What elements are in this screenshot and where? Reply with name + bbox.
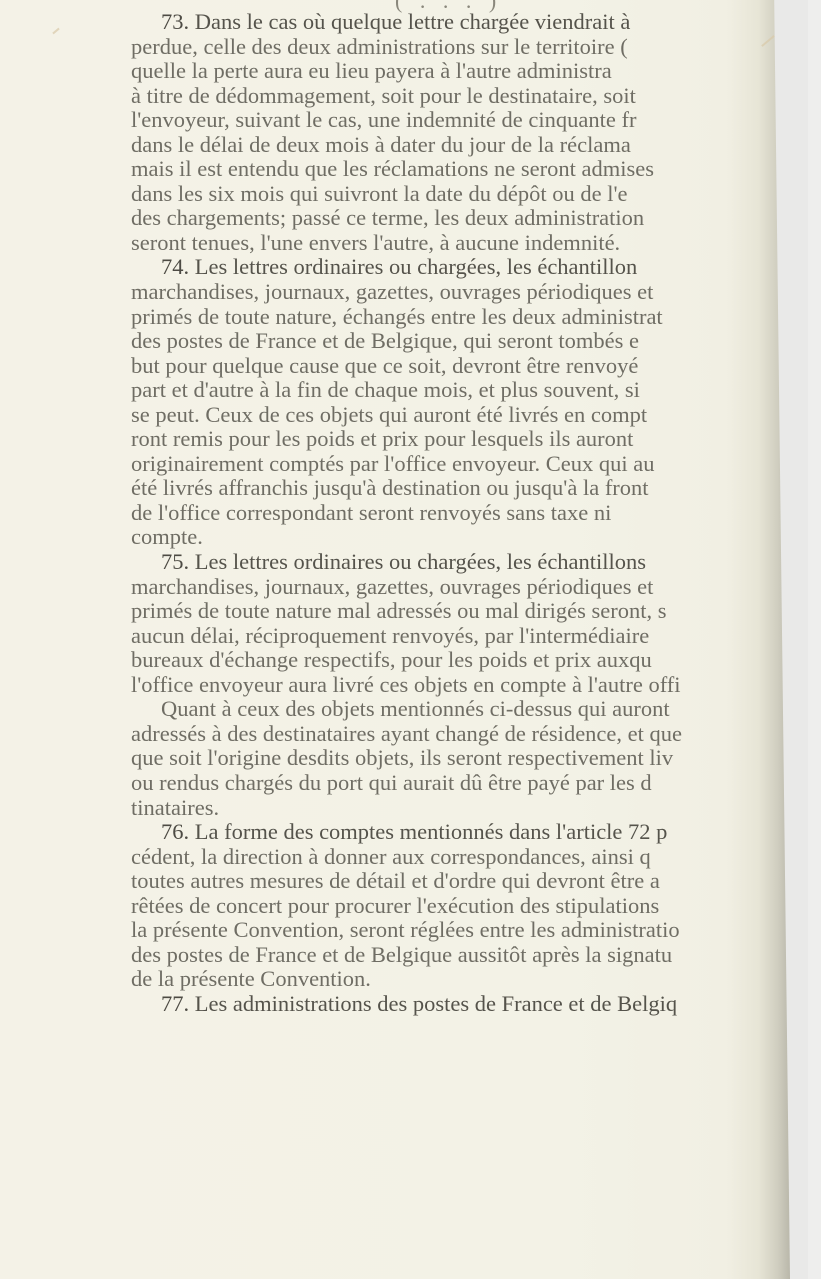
text-line: Quant à ceux des objets mentionnés ci-de…: [131, 697, 790, 722]
text-line: dans les six mois qui suivront la date d…: [131, 182, 790, 207]
text-line: l'office envoyeur aura livré ces objets …: [131, 673, 790, 698]
text-line: primés de toute nature, échangés entre l…: [131, 305, 790, 330]
text-line: dans le délai de deux mois à dater du jo…: [131, 133, 790, 158]
page-text: 73. Dans le cas où quelque lettre chargé…: [131, 10, 790, 1016]
text-line: des postes de France et de Belgique, qui…: [131, 329, 790, 354]
article-first-line: 77. Les administrations des postes de Fr…: [131, 992, 790, 1017]
article-number: 77.: [161, 991, 189, 1016]
text-line: ou rendus chargés du port qui aurait dû …: [131, 771, 790, 796]
text-line: originairement comptés par l'office envo…: [131, 452, 790, 477]
text-line: primés de toute nature mal adressés ou m…: [131, 599, 790, 624]
viewer-scroll-strip[interactable]: [808, 0, 821, 1279]
article-first-line: 75. Les lettres ordinaires ou chargées, …: [131, 550, 790, 575]
article-number: 74.: [161, 254, 189, 279]
document-viewer: ( . . . ) 73. Dans le cas où quelque let…: [0, 0, 821, 1279]
article-74: 74. Les lettres ordinaires ou chargées, …: [131, 255, 790, 550]
text-line: de l'office correspondant seront renvoyé…: [131, 501, 790, 526]
text-line: marchandises, journaux, gazettes, ouvrag…: [131, 575, 790, 600]
text-line: marchandises, journaux, gazettes, ouvrag…: [131, 280, 790, 305]
text-line: mais il est entendu que les réclamations…: [131, 157, 790, 182]
text-line: adressés à des destinataires ayant chang…: [131, 722, 790, 747]
text-line: tinataires.: [131, 796, 790, 821]
text-line: été livrés affranchis jusqu'à destinatio…: [131, 476, 790, 501]
text-line: que soit l'origine desdits objets, ils s…: [131, 746, 790, 771]
article-number: 75.: [161, 549, 189, 574]
text-line: de la présente Convention.: [131, 967, 790, 992]
article-first-line: 76. La forme des comptes mentionnés dans…: [131, 820, 790, 845]
text-line: perdue, celle des deux administrations s…: [131, 35, 790, 60]
article-77: 77. Les administrations des postes de Fr…: [131, 992, 790, 1017]
scanned-page: ( . . . ) 73. Dans le cas où quelque let…: [0, 0, 790, 1279]
text-line: seront tenues, l'une envers l'autre, à a…: [131, 231, 790, 256]
article-75: 75. Les lettres ordinaires ou chargées, …: [131, 550, 790, 820]
text-line: compte.: [131, 525, 790, 550]
article-number: 76.: [161, 819, 189, 844]
text-line: des chargements; passé ce terme, les deu…: [131, 206, 790, 231]
text-line: cédent, la direction à donner aux corres…: [131, 845, 790, 870]
paper-stain: [52, 28, 59, 35]
text-line: ront remis pour les poids et prix pour l…: [131, 427, 790, 452]
text-line: quelle la perte aura eu lieu payera à l'…: [131, 59, 790, 84]
text-line: but pour quelque cause que ce soit, devr…: [131, 354, 790, 379]
article-number: 73.: [161, 9, 189, 34]
text-line: à titre de dédommagement, soit pour le d…: [131, 84, 790, 109]
text-line: part et d'autre à la fin de chaque mois,…: [131, 378, 790, 403]
text-line: des postes de France et de Belgique auss…: [131, 943, 790, 968]
text-line: se peut. Ceux de ces objets qui auront é…: [131, 403, 790, 428]
text-line: rêtées de concert pour procurer l'exécut…: [131, 894, 790, 919]
article-76: 76. La forme des comptes mentionnés dans…: [131, 820, 790, 992]
text-line: l'envoyeur, suivant le cas, une indemnit…: [131, 108, 790, 133]
text-line: la présente Convention, seront réglées e…: [131, 918, 790, 943]
article-first-line: 73. Dans le cas où quelque lettre chargé…: [131, 10, 790, 35]
text-line: toutes autres mesures de détail et d'ord…: [131, 869, 790, 894]
article-73: 73. Dans le cas où quelque lettre chargé…: [131, 10, 790, 255]
text-line: aucun délai, réciproquement renvoyés, pa…: [131, 624, 790, 649]
text-line: bureaux d'échange respectifs, pour les p…: [131, 648, 790, 673]
article-first-line: 74. Les lettres ordinaires ou chargées, …: [131, 255, 790, 280]
